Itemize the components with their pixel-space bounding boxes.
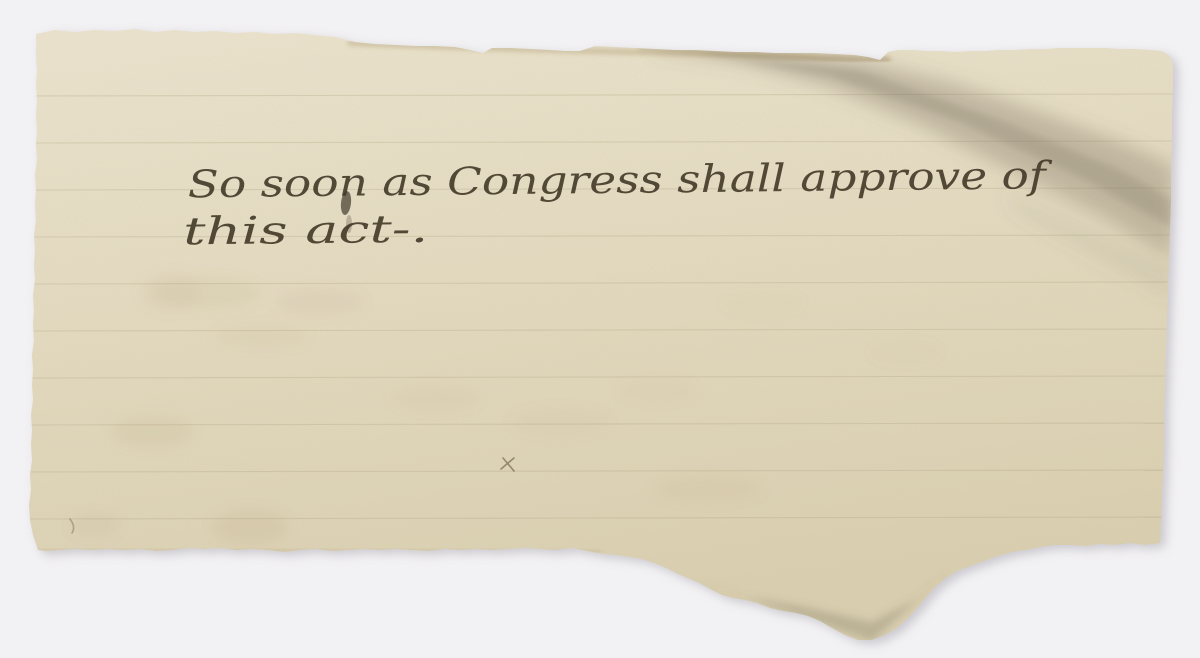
scanned-document-page: So soon as Congress shall approve of thi…: [0, 0, 1200, 658]
document-scan: So soon as Congress shall approve of thi…: [0, 0, 1200, 658]
